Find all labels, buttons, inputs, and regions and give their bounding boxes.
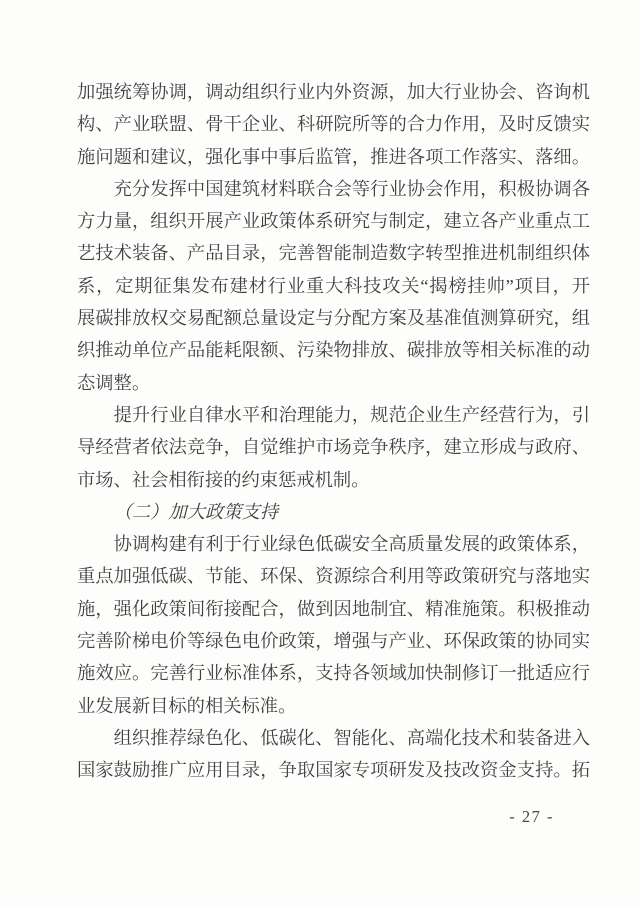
document-page: 加强统筹协调，调动组织行业内外资源，加大行业协会、咨询机构、产业联盟、骨干企业、… [0,0,641,907]
text-line: 施问题和建议，强化事中事后监管，推进各项工作落实、落细。 [77,141,590,173]
text-line: 国家鼓励推广应用目录，争取国家专项研发及技改资金支持。拓 [77,754,590,786]
text-line: 方力量，组织开展产业政策体系研究与制定，建立各产业重点工 [77,205,590,237]
page-number: - 27 - [509,806,554,828]
section-heading: （二）加大政策支持 [77,496,590,528]
text-line: 加强统筹协调，调动组织行业内外资源，加大行业协会、咨询机 [77,76,590,108]
text-line: 导经营者依法竞争，自觉维护市场竞争秩序，建立形成与政府、 [77,431,590,463]
text-line: 协调构建有利于行业绿色低碳安全高质量发展的政策体系， [77,528,590,560]
text-line: 施效应。完善行业标准体系，支持各领域加快制修订一批适应行 [77,657,590,689]
text-line: 构、产业联盟、骨干企业、科研院所等的合力作用，及时反馈实 [77,108,590,140]
text-line: 重点加强低碳、节能、环保、资源综合利用等政策研究与落地实 [77,560,590,592]
text-line: 充分发挥中国建筑材料联合会等行业协会作用，积极协调各 [77,173,590,205]
text-line: 业发展新目标的相关标准。 [77,690,590,722]
text-line: 完善阶梯电价等绿色电价政策，增强与产业、环保政策的协同实 [77,625,590,657]
text-line: 组织推荐绿色化、低碳化、智能化、高端化技术和装备进入 [77,722,590,754]
text-line: 织推动单位产品能耗限额、污染物排放、碳排放等相关标准的动 [77,334,590,366]
text-line: 艺技术装备、产品目录，完善智能制造数字转型推进机制组织体 [77,237,590,269]
text-line: 展碳排放权交易配额总量设定与分配方案及基准值测算研究，组 [77,302,590,334]
text-line: 系，定期征集发布建材行业重大科技攻关“揭榜挂帅”项目，开 [77,270,590,302]
text-line: 提升行业自律水平和治理能力，规范企业生产经营行为，引 [77,399,590,431]
text-line: 市场、社会相衔接的约束惩戒机制。 [77,464,590,496]
text-line: 态调整。 [77,367,590,399]
text-line: 施，强化政策间衔接配合，做到因地制宜、精准施策。积极推动 [77,593,590,625]
document-body: 加强统筹协调，调动组织行业内外资源，加大行业协会、咨询机构、产业联盟、骨干企业、… [77,76,590,787]
